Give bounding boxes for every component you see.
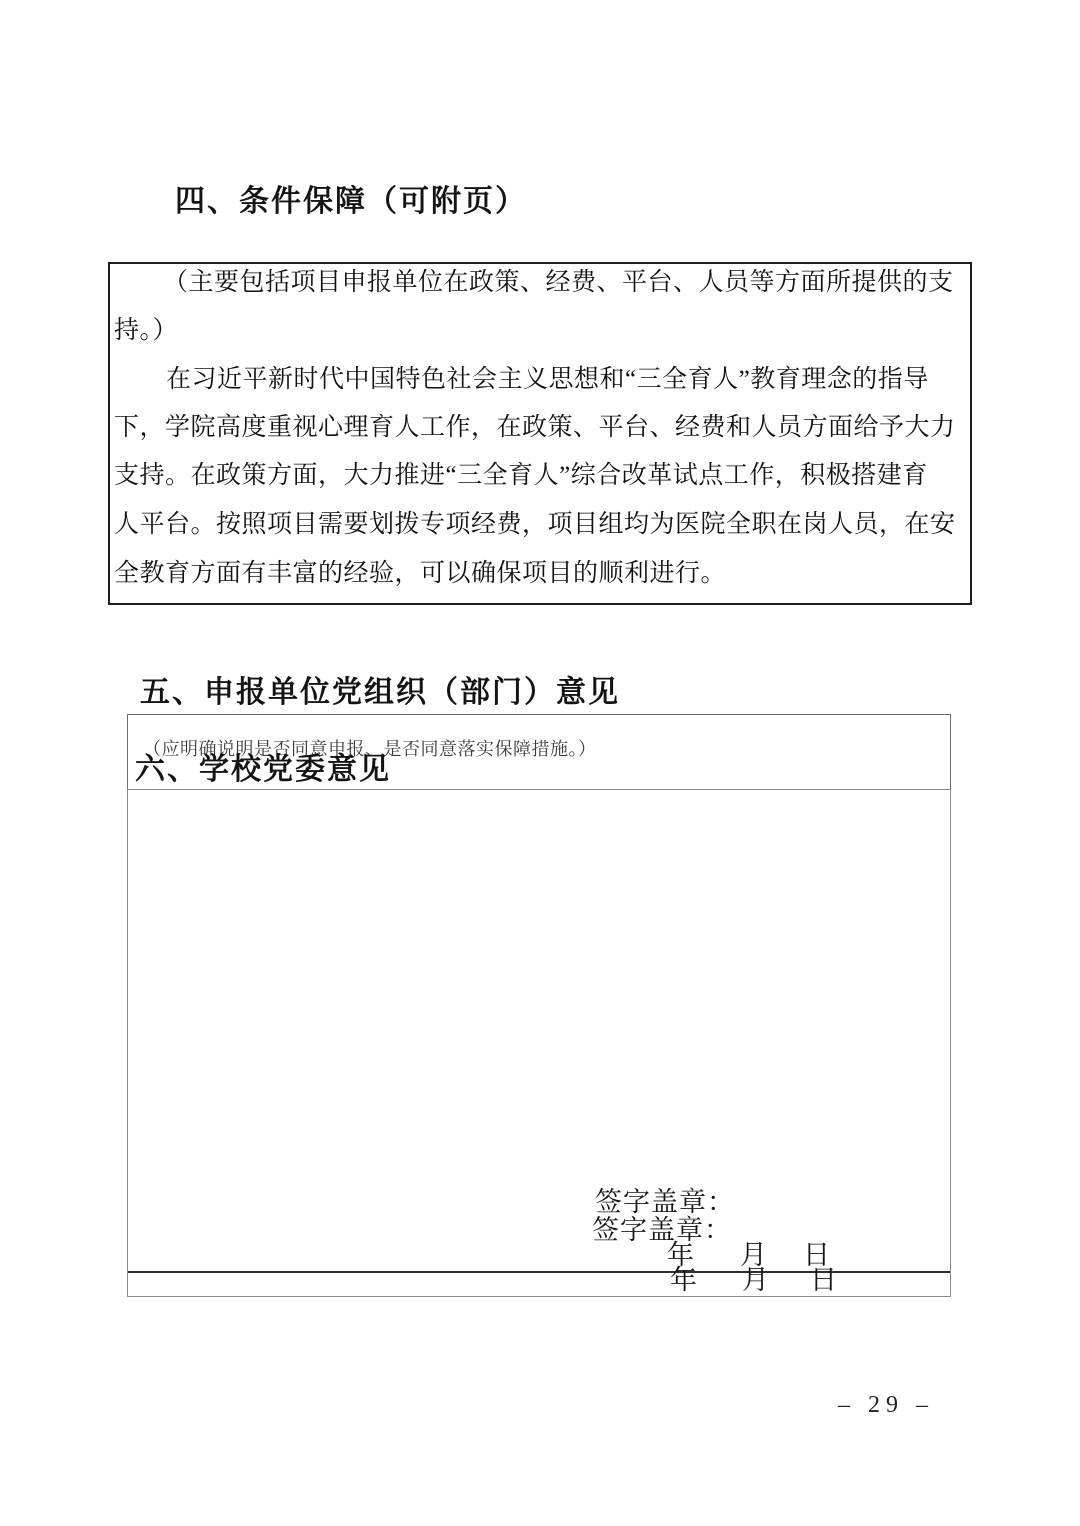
section4-note-line-1: （主要包括项目申报单位在政策、经费、平台、人员等方面所提供的支 — [163, 268, 954, 298]
document-page: 四、条件保障（可附页） （主要包括项目申报单位在政策、经费、平台、人员等方面所提… — [0, 0, 1080, 1526]
section4-note-line-2: 持。） — [114, 316, 178, 346]
section6-date-row: 年 月 日 — [670, 1266, 840, 1295]
section6-date-year: 年 — [670, 1266, 697, 1295]
section4-body-line-3: 支持。在政策方面，大力推进“三全育人”综合改革试点工作，积极搭建育 — [114, 461, 928, 491]
section6-box — [127, 789, 951, 1297]
section4-body-line-4: 人平台。按照项目需要划拨专项经费，项目组均为医院全职在岗人员，在安 — [114, 510, 956, 540]
section4-body-line-1: 在习近平新时代中国特色社会主义思想和“三全育人”教育理念的指导 — [166, 365, 929, 395]
section4-body-line-2: 下，学院高度重视心理育人工作，在政策、平台、经费和人员方面给予大力 — [114, 413, 956, 443]
section6-date-month: 月 — [742, 1266, 769, 1295]
section4-body-line-5: 全教育方面有丰富的经验，可以确保项目的顺利进行。 — [114, 559, 726, 589]
section5-heading: 五、申报单位党组织（部门）意见 — [140, 677, 620, 709]
page-number: – 29 – — [838, 1392, 934, 1419]
section6-date-day: 日 — [810, 1266, 837, 1295]
section6-heading: 六、学校党委意见 — [135, 754, 391, 786]
section4-heading: 四、条件保障（可附页） — [175, 186, 527, 218]
section5-sign-stamp-label: 签字盖章： — [595, 1188, 735, 1217]
